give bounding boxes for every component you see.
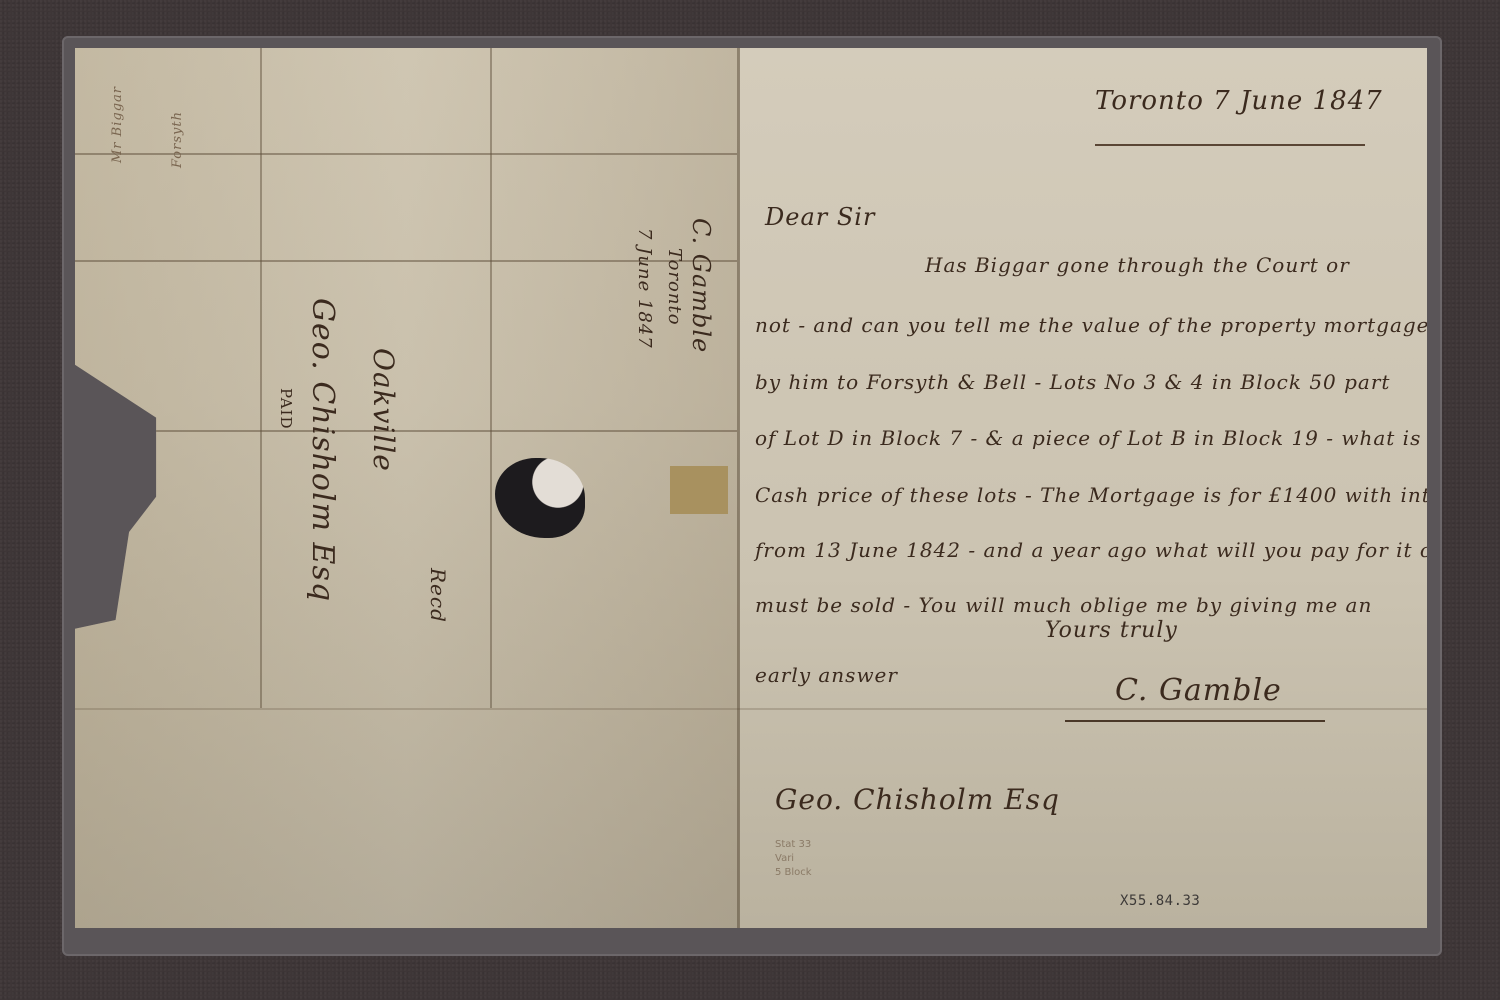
body-line: Has Biggar gone through the Court or [925,253,1350,277]
fold-line [75,708,1427,710]
body-line: not - and can you tell me the value of t… [755,313,1443,337]
salutation: Dear Sir [765,203,875,231]
pencil-line: Stat 33 [775,838,812,852]
address-location: Oakville [367,348,400,472]
address-leaf [75,48,737,928]
margin-note: Mr Biggar [110,86,125,163]
body-line: Cash price of these lots - The Mortgage … [755,483,1487,507]
body-line: early answer [755,663,898,687]
body-line: of Lot D in Block 7 - & a piece of Lot B… [755,426,1464,450]
body-line: by him to Forsyth & Bell - Lots No 3 & 4… [755,370,1390,394]
signature: C. Gamble [1115,673,1282,708]
received-note: Recd [426,568,450,623]
body-line: must be sold - You will much oblige me b… [755,593,1372,617]
fold-line [260,48,262,708]
endorsement-place: Toronto [664,248,685,326]
endorsement-date: 7 June 1847 [634,228,655,349]
dateline-flourish [1095,144,1365,146]
signature-flourish [1065,720,1325,722]
fold-line [490,48,492,708]
pencil-line: 5 Block [775,866,812,880]
dateline: Toronto 7 June 1847 [1095,86,1383,116]
addressee-footer: Geo. Chisholm Esq [775,783,1060,816]
accession-number: X55.84.33 [1120,893,1200,909]
endorsement-sender: C. Gamble [687,218,715,353]
stamp-remnant [670,466,728,514]
address-recipient: Geo. Chisholm Esq [305,298,340,602]
center-fold [737,48,740,928]
pencil-annotation: Stat 33 Vari 5 Block [775,838,812,880]
pencil-line: Vari [775,852,812,866]
paid-mark: PAID [277,388,295,430]
body-line: from 13 June 1842 - and a year ago what … [755,538,1444,562]
letter-sheet: Mr Biggar Forsyth PAID Geo. Chisholm Esq… [75,48,1427,928]
closing: Yours truly [1045,618,1178,643]
margin-note: Forsyth [170,111,185,168]
fold-line [75,430,737,432]
